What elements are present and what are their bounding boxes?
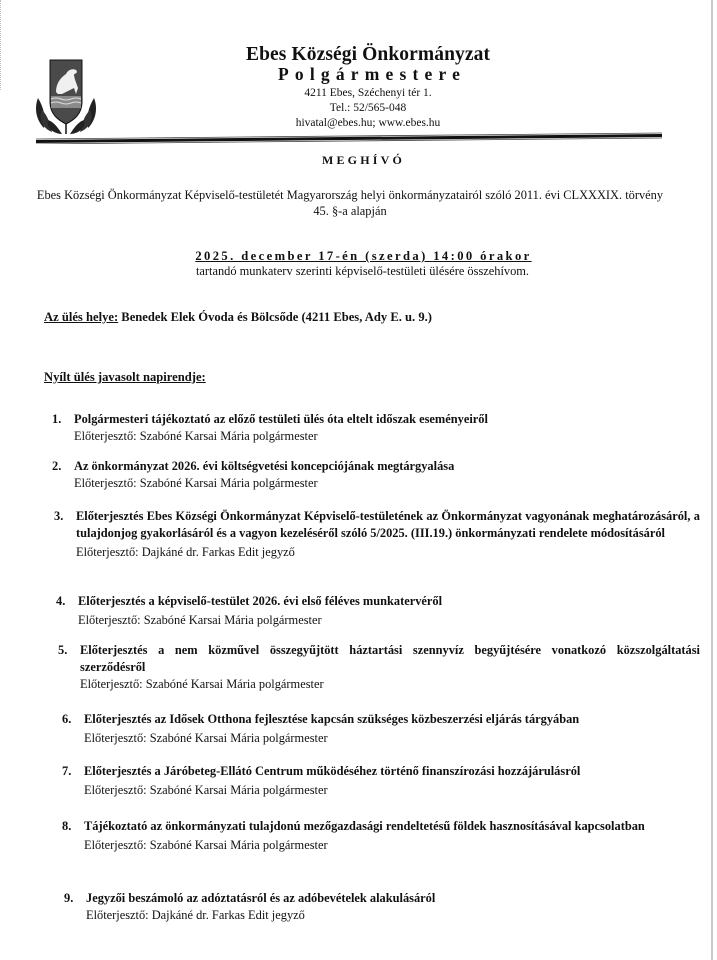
agenda-item-number: 8. bbox=[62, 818, 71, 835]
agenda-item-presenter: Előterjesztő: Dajkáné dr. Farkas Edit je… bbox=[86, 907, 664, 924]
agenda-item-title: Előterjesztés a nem közművel összegyűjtö… bbox=[80, 642, 700, 676]
agenda-item-presenter: Előterjesztő: Szabóné Karsai Mária polgá… bbox=[84, 837, 704, 854]
agenda-item: 4. Előterjesztés a képviselő-testület 20… bbox=[56, 593, 656, 629]
agenda-item: 7. Előterjesztés a Járóbeteg-Ellátó Cent… bbox=[62, 763, 702, 799]
agenda-item-title: Jegyzői beszámoló az adóztatásról és az … bbox=[86, 890, 664, 907]
agenda-item-title: Tájékoztató az önkormányzati tulajdonú m… bbox=[84, 818, 704, 835]
agenda-heading: Nyílt ülés javasolt napirendje: bbox=[44, 370, 206, 385]
letterhead-divider bbox=[36, 131, 662, 143]
intro-paragraph: Ebes Községi Önkormányzat Képviselő-test… bbox=[30, 187, 670, 219]
page-left-edge bbox=[0, 0, 2, 90]
agenda-item-presenter: Előterjesztő: Dajkáné dr. Farkas Edit je… bbox=[76, 544, 700, 561]
phone: Tel.: 52/565-048 bbox=[240, 102, 496, 114]
agenda-item: 2. Az önkormányzat 2026. évi költségveté… bbox=[52, 458, 652, 492]
document-title: MEGHÍVÓ bbox=[0, 153, 717, 168]
agenda-item: 5. Előterjesztés a nem közművel összegyű… bbox=[58, 642, 700, 693]
agenda-item-title: Polgármesteri tájékoztató az előző testü… bbox=[74, 411, 652, 428]
contact-email-web: hivatal@ebes.hu; www.ebes.hu bbox=[240, 117, 496, 129]
agenda-item-number: 2. bbox=[52, 458, 61, 475]
agenda-item-title: Előterjesztés az Idősek Otthona fejleszt… bbox=[84, 711, 702, 728]
meeting-date-subtext: tartandó munkaterv szerinti képviselő-te… bbox=[0, 264, 717, 279]
agenda-item: 1. Polgármesteri tájékoztató az előző te… bbox=[52, 411, 652, 445]
agenda-item-number: 9. bbox=[64, 890, 73, 907]
agenda-item-title: Előterjesztés a képviselő-testület 2026.… bbox=[78, 593, 656, 610]
meeting-date-time: 2025. december 17-én (szerda) 14:00 órak… bbox=[0, 249, 717, 264]
agenda-item-number: 3. bbox=[54, 508, 63, 525]
agenda-item: 6. Előterjesztés az Idősek Otthona fejle… bbox=[62, 711, 702, 747]
agenda-item: 9. Jegyzői beszámoló az adóztatásról és … bbox=[64, 890, 664, 924]
venue-label: Az ülés helye: bbox=[44, 310, 118, 324]
agenda-item-title: Előterjesztés a Járóbeteg-Ellátó Centrum… bbox=[84, 763, 702, 780]
office-name: Polgármestere bbox=[278, 64, 466, 85]
coat-of-arms-icon bbox=[34, 58, 98, 136]
meeting-venue: Az ülés helye: Benedek Elek Óvoda és Böl… bbox=[44, 310, 432, 325]
agenda-item-presenter: Előterjesztő: Szabóné Karsai Mária polgá… bbox=[80, 676, 700, 693]
agenda-item-presenter: Előterjesztő: Szabóné Karsai Mária polgá… bbox=[84, 730, 702, 747]
agenda-item: 3. Előterjesztés Ebes Községi Önkormányz… bbox=[54, 508, 700, 561]
organization-name: Ebes Községi Önkormányzat bbox=[246, 44, 490, 66]
agenda-item-presenter: Előterjesztő: Szabóné Karsai Mária polgá… bbox=[84, 782, 702, 799]
agenda-item-number: 1. bbox=[52, 411, 61, 428]
agenda-item-presenter: Előterjesztő: Szabóné Karsai Mária polgá… bbox=[74, 428, 652, 445]
agenda-item-number: 5. bbox=[58, 642, 67, 659]
page-right-edge bbox=[711, 0, 713, 960]
agenda-item-presenter: Előterjesztő: Szabóné Karsai Mária polgá… bbox=[74, 475, 652, 492]
agenda-item-title: Az önkormányzat 2026. évi költségvetési … bbox=[74, 458, 652, 475]
address: 4211 Ebes, Széchenyi tér 1. bbox=[240, 87, 496, 99]
agenda-item-presenter: Előterjesztő: Szabóné Karsai Mária polgá… bbox=[78, 612, 656, 629]
agenda-item-number: 7. bbox=[62, 763, 71, 780]
venue-value: Benedek Elek Óvoda és Bölcsőde (4211 Ebe… bbox=[118, 310, 432, 324]
agenda-item: 8. Tájékoztató az önkormányzati tulajdon… bbox=[62, 818, 704, 854]
agenda-item-title: Előterjesztés Ebes Községi Önkormányzat … bbox=[76, 508, 700, 542]
agenda-item-number: 4. bbox=[56, 593, 65, 610]
agenda-item-number: 6. bbox=[62, 711, 71, 728]
